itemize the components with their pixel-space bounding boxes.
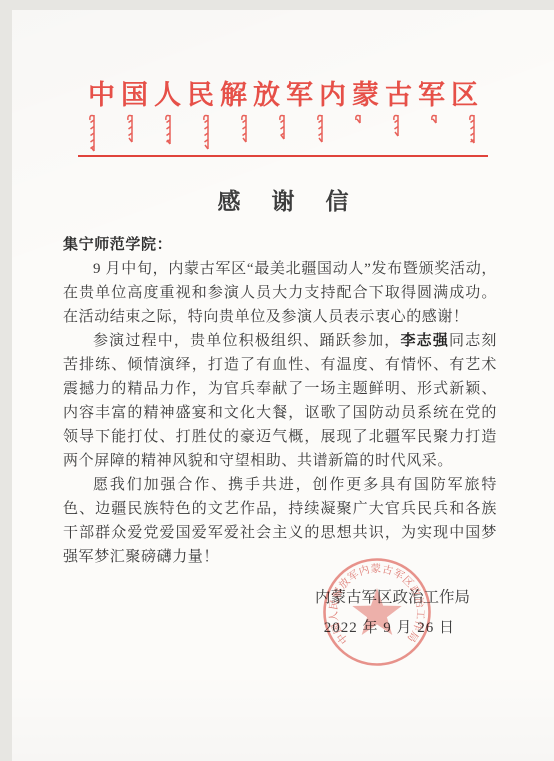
- mongolian-glyph: [87, 113, 99, 153]
- mongolian-glyph: [315, 113, 327, 144]
- salutation: 集宁师范学院：: [63, 233, 497, 257]
- mongolian-glyph: [163, 113, 175, 146]
- mongolian-glyph: [467, 113, 479, 145]
- mongolian-glyph: [201, 113, 213, 151]
- mongolian-glyph: [391, 113, 403, 138]
- signature-org: 内蒙古军区政治工作局: [12, 583, 554, 613]
- mongolian-glyph: [353, 113, 365, 125]
- paragraph-2-rest: 同志刻苦排练、倾情演绎，打造了有血性、有温度、有情怀、有艺术震撼力的精品力作，为…: [63, 333, 497, 469]
- letter-page: 中国人民解放军内蒙古军区 感 谢 信 集宁师范学院： 9 月中旬，内蒙古军区“最…: [12, 10, 554, 761]
- letter-date: 2022 年 9 月 26 日: [12, 613, 554, 643]
- letter-title: 感 谢 信: [12, 187, 554, 217]
- paragraph-3: 愿我们加强合作、携手共进，创作更多具有国防军旅特色、边疆民族特色的文艺作品，持续…: [63, 473, 497, 569]
- letterhead-divider: [78, 155, 488, 157]
- mongolian-glyph: [429, 113, 441, 125]
- mongolian-glyph: [125, 113, 137, 144]
- paragraph-1: 9 月中旬，内蒙古军区“最美北疆国动人”发布暨颁奖活动，在贵单位高度重视和参演人…: [63, 257, 497, 329]
- mongolian-glyph: [277, 113, 289, 141]
- paragraph-2: 参演过程中，贵单位积极组织、踊跃参加，李志强同志刻苦排练、倾情演绎，打造了有血性…: [63, 329, 497, 473]
- letter-body: 集宁师范学院： 9 月中旬，内蒙古军区“最美北疆国动人”发布暨颁奖活动，在贵单位…: [63, 233, 497, 569]
- scanned-letter: 中国人民解放军内蒙古军区 感 谢 信 集宁师范学院： 9 月中旬，内蒙古军区“最…: [0, 0, 554, 761]
- mongolian-script-row: [87, 113, 479, 153]
- signature-block: 内蒙古军区政治工作局 2022 年 9 月 26 日: [12, 583, 554, 643]
- paragraph-2-lead: 参演过程中，贵单位积极组织、踊跃参加，: [93, 333, 400, 349]
- letterhead-org-name: 中国人民解放军内蒙古军区: [12, 80, 554, 110]
- honoree-name: 李志强: [400, 333, 449, 349]
- mongolian-glyph: [239, 113, 251, 144]
